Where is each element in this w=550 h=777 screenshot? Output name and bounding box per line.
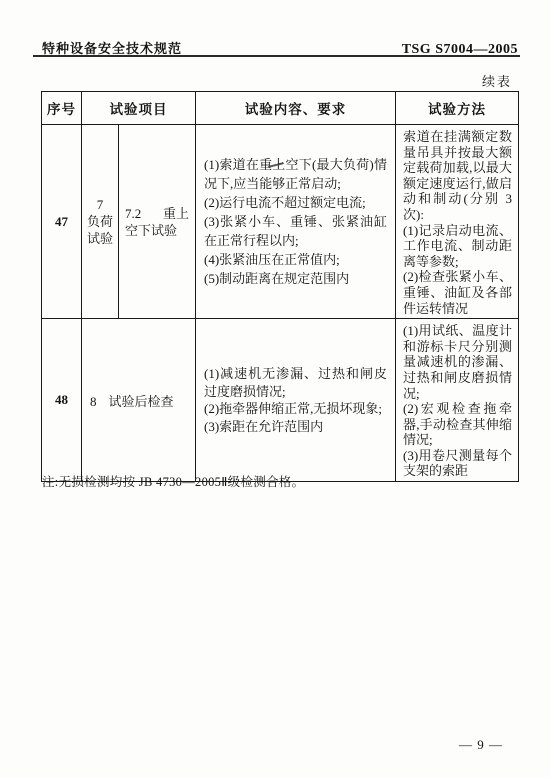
col-header-content: 试验内容、要求 <box>196 92 396 125</box>
table-row-48: 48 8试验后检查 (1)减速机无渗漏、过热和闸皮过度磨损情况; (2)拖牵器伸… <box>42 319 519 482</box>
row48-method: (1)用试纸、温度计和游标卡尺分别测量减速机的渗漏、过热和闸皮磨损情况; (2)… <box>396 319 519 482</box>
row47-method-intro: 索道在挂满额定数量吊具并按最大额定载荷加载,以最大额定速度运行,做启动和制动(分… <box>403 129 512 223</box>
row47-item-sub-line2: 空下试验 <box>125 222 189 239</box>
row48-content-item-3: (3)索距在允许范围内 <box>204 418 387 436</box>
row48-item: 8试验后检查 <box>82 319 196 482</box>
row47-item-group-line3: 试验 <box>84 230 116 247</box>
row47-method-item-2: (2)检查张紧小车、重锤、油缸及各部件运转情况 <box>403 269 512 316</box>
row47-content: (1)索道在重上空下(最大负荷)情况下,应当能够正常启动; (2)运行电流不超过… <box>196 125 396 319</box>
row47-content-item-5: (5)制动距离在规定范围内 <box>204 269 387 288</box>
row47-seq: 47 <box>42 125 82 319</box>
row47-content-item-2: (2)运行电流不超过额定电流; <box>204 193 387 212</box>
row48-method-item-1: (1)用试纸、温度计和游标卡尺分别测量减速机的渗漏、过热和闸皮磨损情况; <box>403 323 512 401</box>
row47-item-sub-word: 重上 <box>163 205 189 222</box>
row48-content: (1)减速机无渗漏、过热和闸皮过度磨损情况; (2)拖牵器伸缩正常,无损坏现象;… <box>196 319 396 482</box>
row48-seq: 48 <box>42 319 82 482</box>
continued-table-label: 续表 <box>482 71 512 90</box>
test-items-table: 序号 试验项目 试验内容、要求 试验方法 47 7 负荷 试验 7.2 重上 <box>41 91 519 482</box>
footnote: 注:无损检测均按 JB 4730—2005Ⅱ级检测合格。 <box>42 472 304 490</box>
row47-method: 索道在挂满额定数量吊具并按最大额定载荷加载,以最大额定速度运行,做启动和制动(分… <box>396 125 519 319</box>
row48-method-item-3: (3)用卷尺测量每个支架的索距 <box>403 448 512 479</box>
row47-item-group: 7 负荷 试验 <box>82 125 119 319</box>
row47-item-sub: 7.2 重上 空下试验 <box>119 125 196 319</box>
row48-item-num: 8 <box>90 394 97 410</box>
col-header-method: 试验方法 <box>396 92 519 125</box>
col-header-item: 试验项目 <box>82 92 196 125</box>
page-number: — 9 — <box>459 737 503 753</box>
row47-item-group-line1: 7 <box>84 196 116 213</box>
row48-content-item-1: (1)减速机无渗漏、过热和闸皮过度磨损情况; <box>204 365 387 400</box>
row47-method-item-1: (1)记录启动电流、工作电流、制动距离等参数; <box>403 223 512 270</box>
document-page: 特种设备安全技术规范 TSG S7004—2005 续表 序号 试验项目 试验内… <box>0 0 550 777</box>
row47-item-sub-line1: 7.2 重上 <box>125 205 189 222</box>
row47-content-item-3: (3)张紧小车、重锤、张紧油缸在正常行程以内; <box>204 212 387 250</box>
row47-content-item-1: (1)索道在重上空下(最大负荷)情况下,应当能够正常启动; <box>204 155 387 193</box>
row47-content-item-4: (4)张紧油压在正常值内; <box>204 250 387 269</box>
table-header-row: 序号 试验项目 试验内容、要求 试验方法 <box>42 92 519 125</box>
row48-item-label: 试验后检查 <box>109 394 174 409</box>
row48-content-item-2: (2)拖牵器伸缩正常,无损坏现象; <box>204 400 387 418</box>
header-rule <box>33 55 520 57</box>
row47-item-sub-num: 7.2 <box>125 205 141 222</box>
table-row-47: 47 7 负荷 试验 7.2 重上 空下试验 (1)索道在重上空下(最大负荷)情… <box>42 125 519 319</box>
row48-method-item-2: (2)宏观检查拖牵器,手动检查其伸缩情况; <box>403 401 512 448</box>
col-header-seq: 序号 <box>42 92 82 125</box>
row47-item-group-line2: 负荷 <box>84 213 116 230</box>
